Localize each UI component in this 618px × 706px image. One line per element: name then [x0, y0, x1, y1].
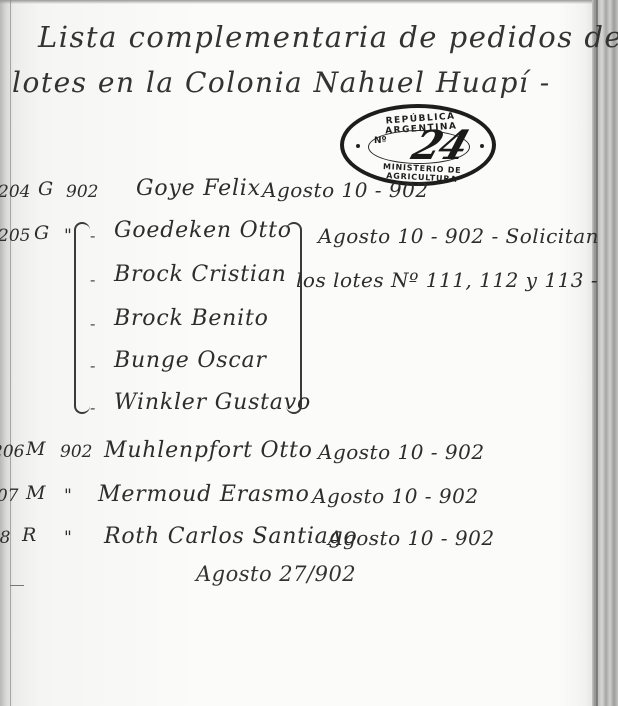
entry-name: Goye Felix [136, 176, 261, 201]
group-note-line-2: los lotes Nº 111, 112 y 113 - [296, 268, 598, 292]
dash-mark: - [90, 270, 95, 289]
entry-row-208: 208 R " Roth Carlos Santiago Agosto 10 -… [0, 524, 600, 558]
entry-number: 205 [0, 226, 30, 246]
entry-number: 206 [0, 442, 24, 462]
entry-number: 207 [0, 486, 18, 506]
title-line-1: Lista complementaria de pedidos de [38, 20, 618, 54]
entry-number: 208 [0, 528, 10, 548]
entry-year: 902 [66, 182, 98, 202]
stamp-no-label: Nº [374, 136, 387, 146]
dash-mark: - [90, 226, 95, 245]
entry-name: Muhlenpfort Otto [104, 438, 313, 463]
left-brace [74, 222, 90, 414]
ministry-stamp: REPÚBLICA ARGENTINA Nº 24 MINISTERIO DE … [340, 104, 496, 186]
group-member-name: Winkler Gustavo [114, 390, 311, 415]
entry-year: 902 [60, 442, 92, 462]
margin-tick [10, 585, 24, 586]
entry-letter: G [34, 222, 49, 244]
entry-letter: M [26, 438, 45, 460]
ditto-mark: " [64, 486, 72, 506]
page-top-edge [0, 0, 618, 4]
right-brace [286, 222, 302, 414]
dash-mark: - [90, 356, 95, 375]
entry-date: Agosto 10 - 902 [328, 526, 495, 550]
ditto-mark: " [64, 528, 72, 548]
stamp-dot-right [480, 144, 484, 148]
group-member-name: Bunge Oscar [114, 348, 267, 373]
group-member-name: Brock Cristian [114, 262, 287, 287]
entry-date: Agosto 10 - 902 [312, 484, 479, 508]
entry-letter: M [26, 482, 45, 504]
dash-mark: - [90, 314, 95, 333]
entry-letter: R [22, 524, 36, 546]
document-page: Lista complementaria de pedidos de lotes… [0, 0, 618, 706]
stamp-dot-left [356, 144, 360, 148]
ditto-mark: " [64, 226, 72, 246]
entry-date: Agosto 10 - 902 [262, 178, 429, 202]
entry-number: 204 [0, 182, 30, 202]
entry-name: Mermoud Erasmo [98, 482, 310, 507]
entry-letter: G [38, 178, 53, 200]
entry-row-204: 204 G 902 Goye Felix Agosto 10 - 902 [0, 176, 600, 210]
group-member-name: Goedeken Otto [114, 218, 292, 243]
entry-date: Agosto 10 - 902 [318, 440, 485, 464]
page-edge-line [596, 0, 598, 706]
dash-mark: - [90, 398, 95, 417]
closing-date: Agosto 27/902 [196, 562, 356, 586]
entry-row-207: 207 M " Mermoud Erasmo Agosto 10 - 902 [0, 482, 600, 516]
group-member-name: Brock Benito [114, 306, 269, 331]
entry-row-206: 206 M 902 Muhlenpfort Otto Agosto 10 - 9… [0, 438, 600, 472]
group-note-line-1: Agosto 10 - 902 - Solicitan [318, 224, 599, 248]
entry-name: Roth Carlos Santiago [104, 524, 358, 549]
title-line-2: lotes en la Colonia Nahuel Huapí - [12, 66, 551, 99]
left-margin-rule [10, 0, 11, 706]
